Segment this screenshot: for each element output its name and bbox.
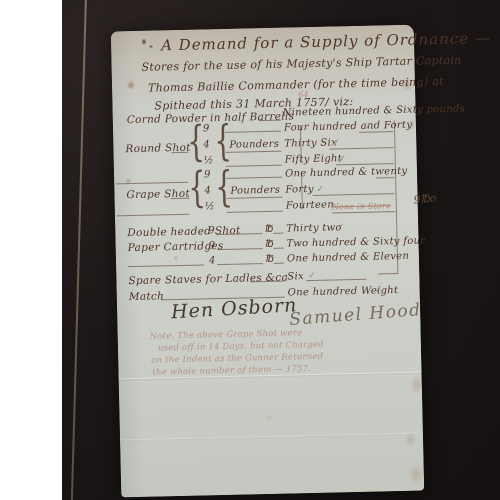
item-value-1: Two hundred & Sixty four (287, 236, 426, 249)
photo-background: A Demand for a Supply of Ordnance — Stor… (0, 0, 500, 500)
item-size-2: 4 (209, 256, 216, 266)
crease-line (120, 433, 423, 441)
rule-line (217, 263, 263, 265)
grape-size-4: 4 (204, 186, 211, 196)
round-value-2: Fifty Eight (285, 154, 343, 165)
title-line-3: Thomas Baillie Commander (for the time b… (148, 76, 444, 94)
paper: A Demand for a Supply of Ordnance — Stor… (111, 25, 424, 498)
folio-annotation: 64 (298, 90, 308, 99)
check-icon: ✓ (375, 285, 383, 295)
note-line-0: Note. The above Grape Shot were (150, 328, 303, 341)
rule-line (225, 131, 281, 133)
rule-line (128, 264, 204, 267)
signature-osborn: Hen Osborn (171, 296, 298, 322)
rule-line (274, 248, 284, 249)
powder-label: Cornd Powder in half Barrells (127, 111, 295, 125)
item-size-1: 9 (209, 241, 216, 251)
check-icon: ✓ (379, 167, 387, 177)
rule-line (226, 165, 282, 167)
grape-size-9: 9 (204, 170, 211, 180)
check-icon: ✓ (365, 122, 373, 132)
white-strip (0, 0, 62, 500)
rule-line (116, 182, 188, 185)
rule-line (217, 248, 263, 250)
grape-unit: Pounders (230, 186, 280, 197)
item-value-3: Six (287, 272, 304, 282)
title-line-1: A Demand for a Supply of Ordnance — (161, 31, 491, 53)
item-size-0: 9 (208, 226, 215, 236)
round-size-4: 4 (203, 140, 210, 150)
rule-line (227, 211, 283, 213)
check-icon: ✓ (339, 154, 347, 164)
check-icon: ✓ (308, 271, 316, 281)
item-label-3: Spare Staves for Ladles &ca (128, 273, 288, 287)
rule-line (226, 177, 282, 179)
check-icon: ✓ (316, 185, 324, 195)
mat-edge-line (71, 0, 87, 500)
rule-line (274, 263, 284, 264)
grape-value-1: Forty (285, 185, 314, 196)
struck-note: None in Store (332, 201, 391, 211)
check-icon: ✓ (332, 138, 340, 148)
grape-size-half: ½ (205, 202, 215, 212)
title-line-2: Stores for the use of his Majesty's Ship… (141, 55, 461, 73)
check-icon: ✓ (337, 222, 345, 232)
rule-line (273, 233, 283, 234)
signature-hood: Samuel Hood (289, 302, 422, 329)
item-label-0: Double headed Shot (127, 226, 240, 239)
rule-line (117, 214, 189, 217)
powder-value: Nineteen hundred & Sixty pounds (283, 104, 466, 118)
round-unit: Pounders (229, 140, 279, 151)
item-value-2: One hundred & Eleven (287, 252, 409, 265)
item-label-4: Match (129, 291, 165, 302)
round-size-9: 9 (203, 124, 210, 134)
item-value-0: Thirty two (286, 223, 342, 234)
margin-note: 9℔o (413, 191, 437, 206)
grape-value-2: Fourteen (286, 200, 335, 211)
rule-line (378, 273, 398, 274)
rule-line (313, 193, 395, 196)
rule-line (226, 151, 282, 153)
rule-line (332, 211, 395, 213)
rule-line (227, 197, 283, 199)
